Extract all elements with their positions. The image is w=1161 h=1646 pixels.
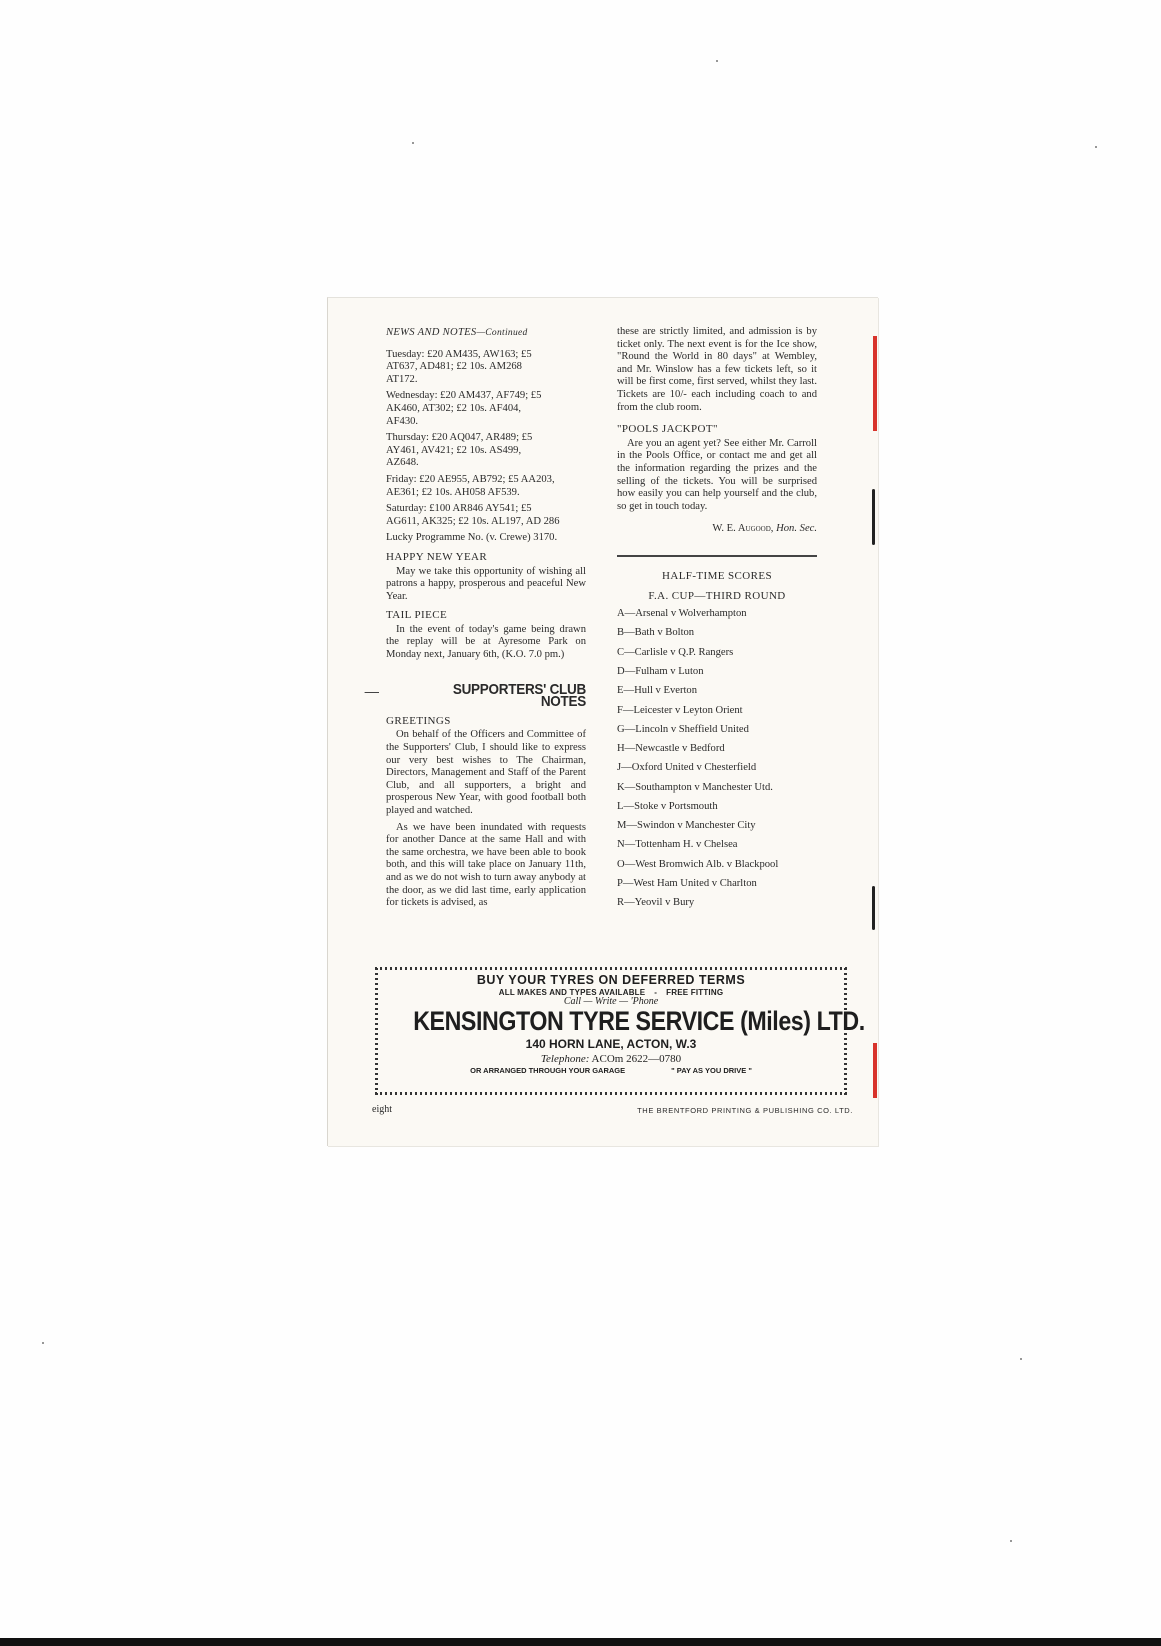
fixture-item: C—Carlisle v Q.P. Rangers: [617, 647, 817, 660]
fixture-item: M—Swindon v Manchester City: [617, 820, 817, 833]
fixture-item: H—Newcastle v Bedford: [617, 743, 817, 756]
fixture-list: A—Arsenal v WolverhamptonB—Bath v Bolton…: [617, 608, 817, 910]
fixture-item: G—Lincoln v Sheffield United: [617, 724, 817, 737]
scan-speck: [716, 60, 718, 62]
tyre-advert: BUY YOUR TYRES ON DEFERRED TERMS ALL MAK…: [370, 962, 852, 1100]
fixture-item: F—Leicester v Leyton Orient: [617, 705, 817, 718]
printer-credit: THE BRENTFORD PRINTING & PUBLISHING CO. …: [637, 1106, 853, 1115]
lottery-result-entry: Thursday: £20 AQ047, AR489; £5AY461, AV4…: [386, 432, 586, 470]
fixture-item: P—West Ham United v Charlton: [617, 878, 817, 891]
pools-jackpot-text: Are you an agent yet? See either Mr. Car…: [617, 438, 817, 514]
greetings-heading: GREETINGS: [386, 715, 586, 728]
tail-piece-text: In the event of today's game being drawn…: [386, 624, 586, 662]
advert-headline: BUY YOUR TYRES ON DEFERRED TERMS: [381, 973, 841, 987]
supporters-club-title: SUPPORTERS' CLUB NOTES: [406, 684, 586, 709]
happy-new-year-text: May we take this opportunity of wishing …: [386, 566, 586, 604]
advert-brand: KENSINGTON TYRE SERVICE (Miles) LTD.: [413, 1007, 809, 1035]
fixture-item: J—Oxford United v Chesterfield: [617, 762, 817, 775]
pools-jackpot-heading: "POOLS JACKPOT": [617, 423, 817, 436]
page-number: eight: [372, 1104, 392, 1115]
red-edge-marker: [873, 336, 877, 431]
divider: [365, 692, 379, 693]
lottery-result-entry: Friday: £20 AE955, AB792; £5 AA203,AE361…: [386, 474, 586, 499]
lottery-results: Tuesday: £20 AM435, AW163; £5AT637, AD48…: [386, 349, 586, 529]
binding-mark: [872, 886, 875, 930]
news-notes-heading: NEWS AND NOTES—Continued: [386, 327, 586, 340]
lottery-result-entry: Saturday: £100 AR846 AY541; £5AG611, AK3…: [386, 503, 586, 528]
advert-footer: OR ARRANGED THROUGH YOUR GARAGE " PAY AS…: [381, 1066, 841, 1075]
advert-address: 140 HORN LANE, ACTON, W.3: [381, 1037, 841, 1051]
fixture-item: A—Arsenal v Wolverhampton: [617, 608, 817, 621]
lottery-result-entry: Wednesday: £20 AM437, AF749; £5AK460, AT…: [386, 390, 586, 428]
happy-new-year-heading: HAPPY NEW YEAR: [386, 551, 586, 564]
tail-piece-heading: TAIL PIECE: [386, 609, 586, 622]
lucky-programme: Lucky Programme No. (v. Crewe) 3170.: [386, 532, 586, 545]
advert-telephone: Telephone: ACOm 2622—0780: [381, 1053, 841, 1065]
fixture-item: L—Stoke v Portsmouth: [617, 801, 817, 814]
fixture-item: O—West Bromwich Alb. v Blackpool: [617, 859, 817, 872]
half-time-title: HALF-TIME SCORES: [617, 570, 817, 583]
scan-speck: [412, 142, 414, 144]
half-time-subtitle: F.A. CUP—THIRD ROUND: [617, 590, 817, 603]
section-divider: [617, 555, 817, 557]
dance-paragraph-continued: these are strictly limited, and admissio…: [617, 326, 817, 414]
fixture-item: D—Fulham v Luton: [617, 666, 817, 679]
fixture-item: E—Hull v Everton: [617, 685, 817, 698]
scan-bottom-edge: [0, 1638, 1161, 1646]
dance-paragraph: As we have been inundated with requests …: [386, 822, 586, 910]
left-column: NEWS AND NOTES—Continued Tuesday: £20 AM…: [386, 327, 586, 914]
right-column: these are strictly limited, and admissio…: [617, 326, 817, 917]
fixture-item: B—Bath v Bolton: [617, 627, 817, 640]
signature: W. E. Augood, Hon. Sec.: [617, 523, 817, 536]
binding-mark: [872, 489, 875, 545]
scan-speck: [42, 1342, 44, 1344]
greetings-paragraph: On behalf of the Officers and Committee …: [386, 729, 586, 817]
fixture-item: N—Tottenham H. v Chelsea: [617, 839, 817, 852]
lottery-result-entry: Tuesday: £20 AM435, AW163; £5AT637, AD48…: [386, 349, 586, 387]
scan-speck: [1010, 1540, 1012, 1542]
fixture-item: K—Southampton v Manchester Utd.: [617, 782, 817, 795]
red-edge-marker: [873, 1043, 877, 1098]
scan-speck: [1020, 1358, 1022, 1360]
scan-speck: [1095, 146, 1097, 148]
fixture-item: R—Yeovil v Bury: [617, 897, 817, 910]
